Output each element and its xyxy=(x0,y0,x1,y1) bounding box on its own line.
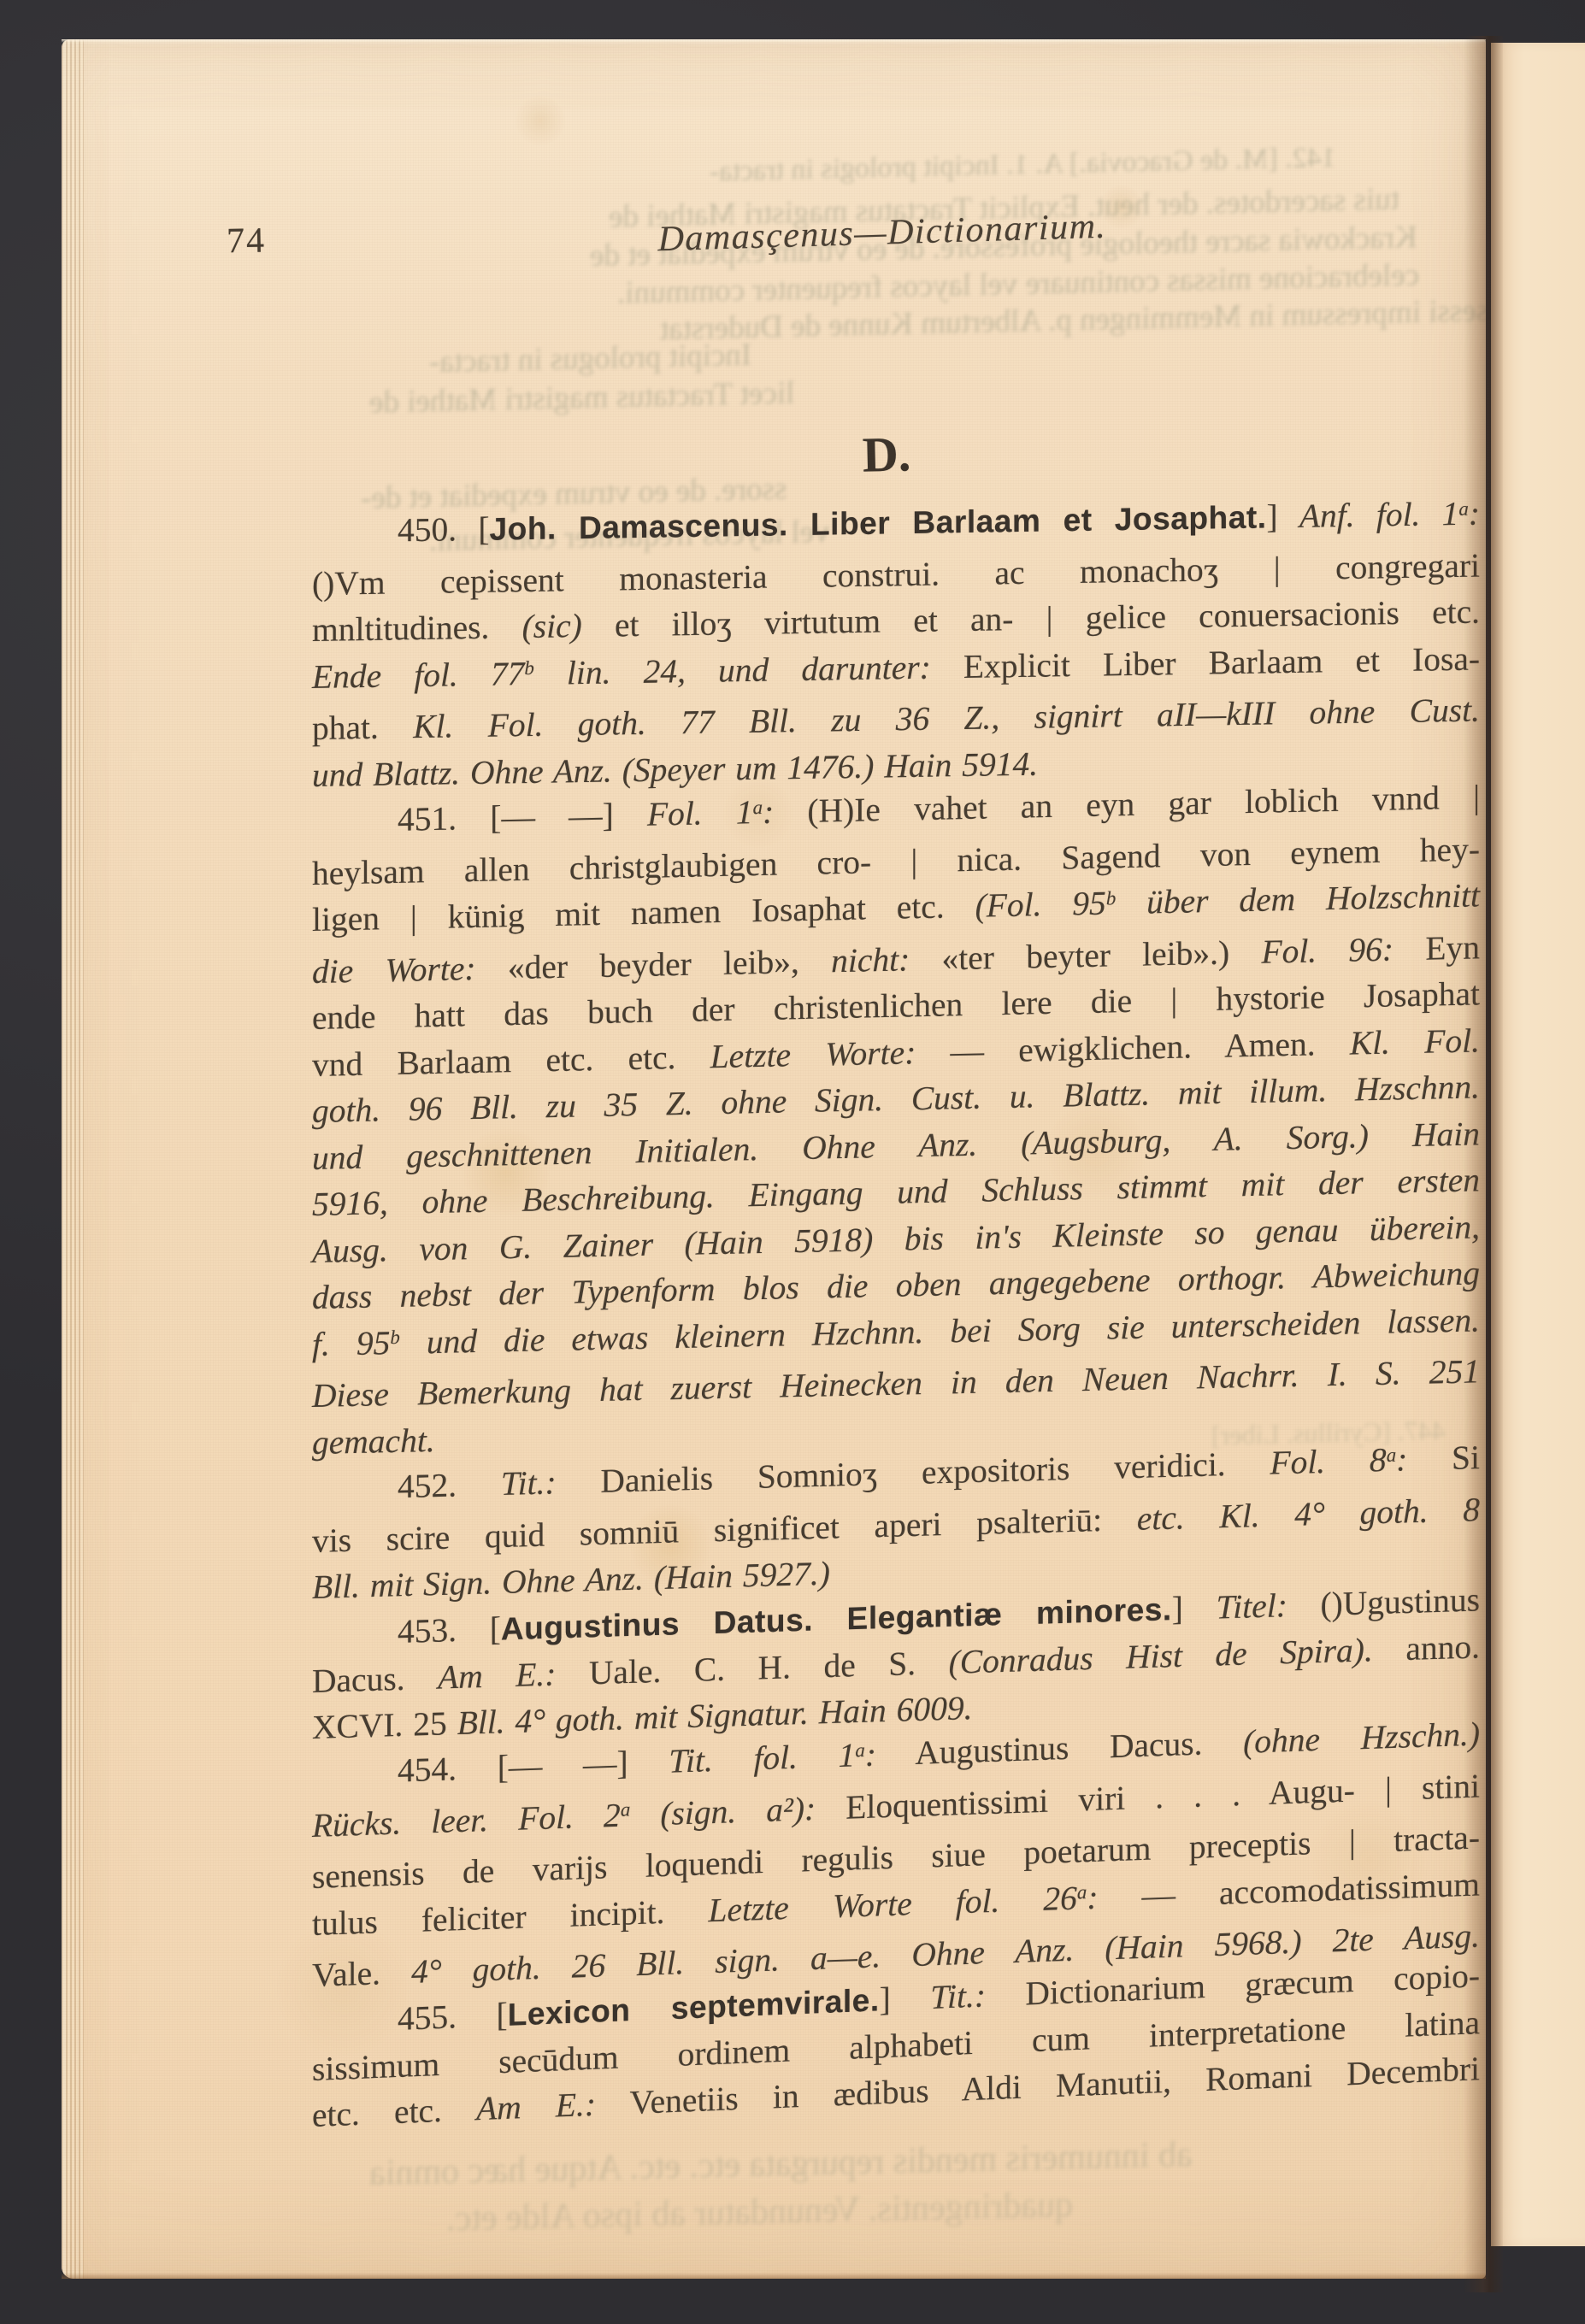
entries-block: 450. [Joh. Damascenus. Liber Barlaam et … xyxy=(312,509,1480,2139)
entry-451: 451. [— —] Fol. 1a: (H)Ie vahet an eyn g… xyxy=(312,774,1480,1466)
scan-photo: { "palette": { "backdrop": "#333236", "p… xyxy=(0,0,1585,2324)
entry-450: 450. [Joh. Damascenus. Liber Barlaam et … xyxy=(312,491,1480,798)
page-number: 74 xyxy=(227,221,267,262)
printed-content: 74 Damasçenus—Dictionarium. D. 450. [Joh… xyxy=(62,39,1486,2279)
running-title: Damasçenus—Dictionarium. xyxy=(609,204,1156,262)
next-page-edge xyxy=(1491,43,1585,2246)
section-heading: D. xyxy=(813,424,959,485)
book-page: 142. [M. de Gracovia.] A. 1. Incipit pro… xyxy=(62,39,1486,2279)
entry-454: 454. [— —] Tit. fol. 1a: Augustinus Dacu… xyxy=(312,1710,1480,1998)
